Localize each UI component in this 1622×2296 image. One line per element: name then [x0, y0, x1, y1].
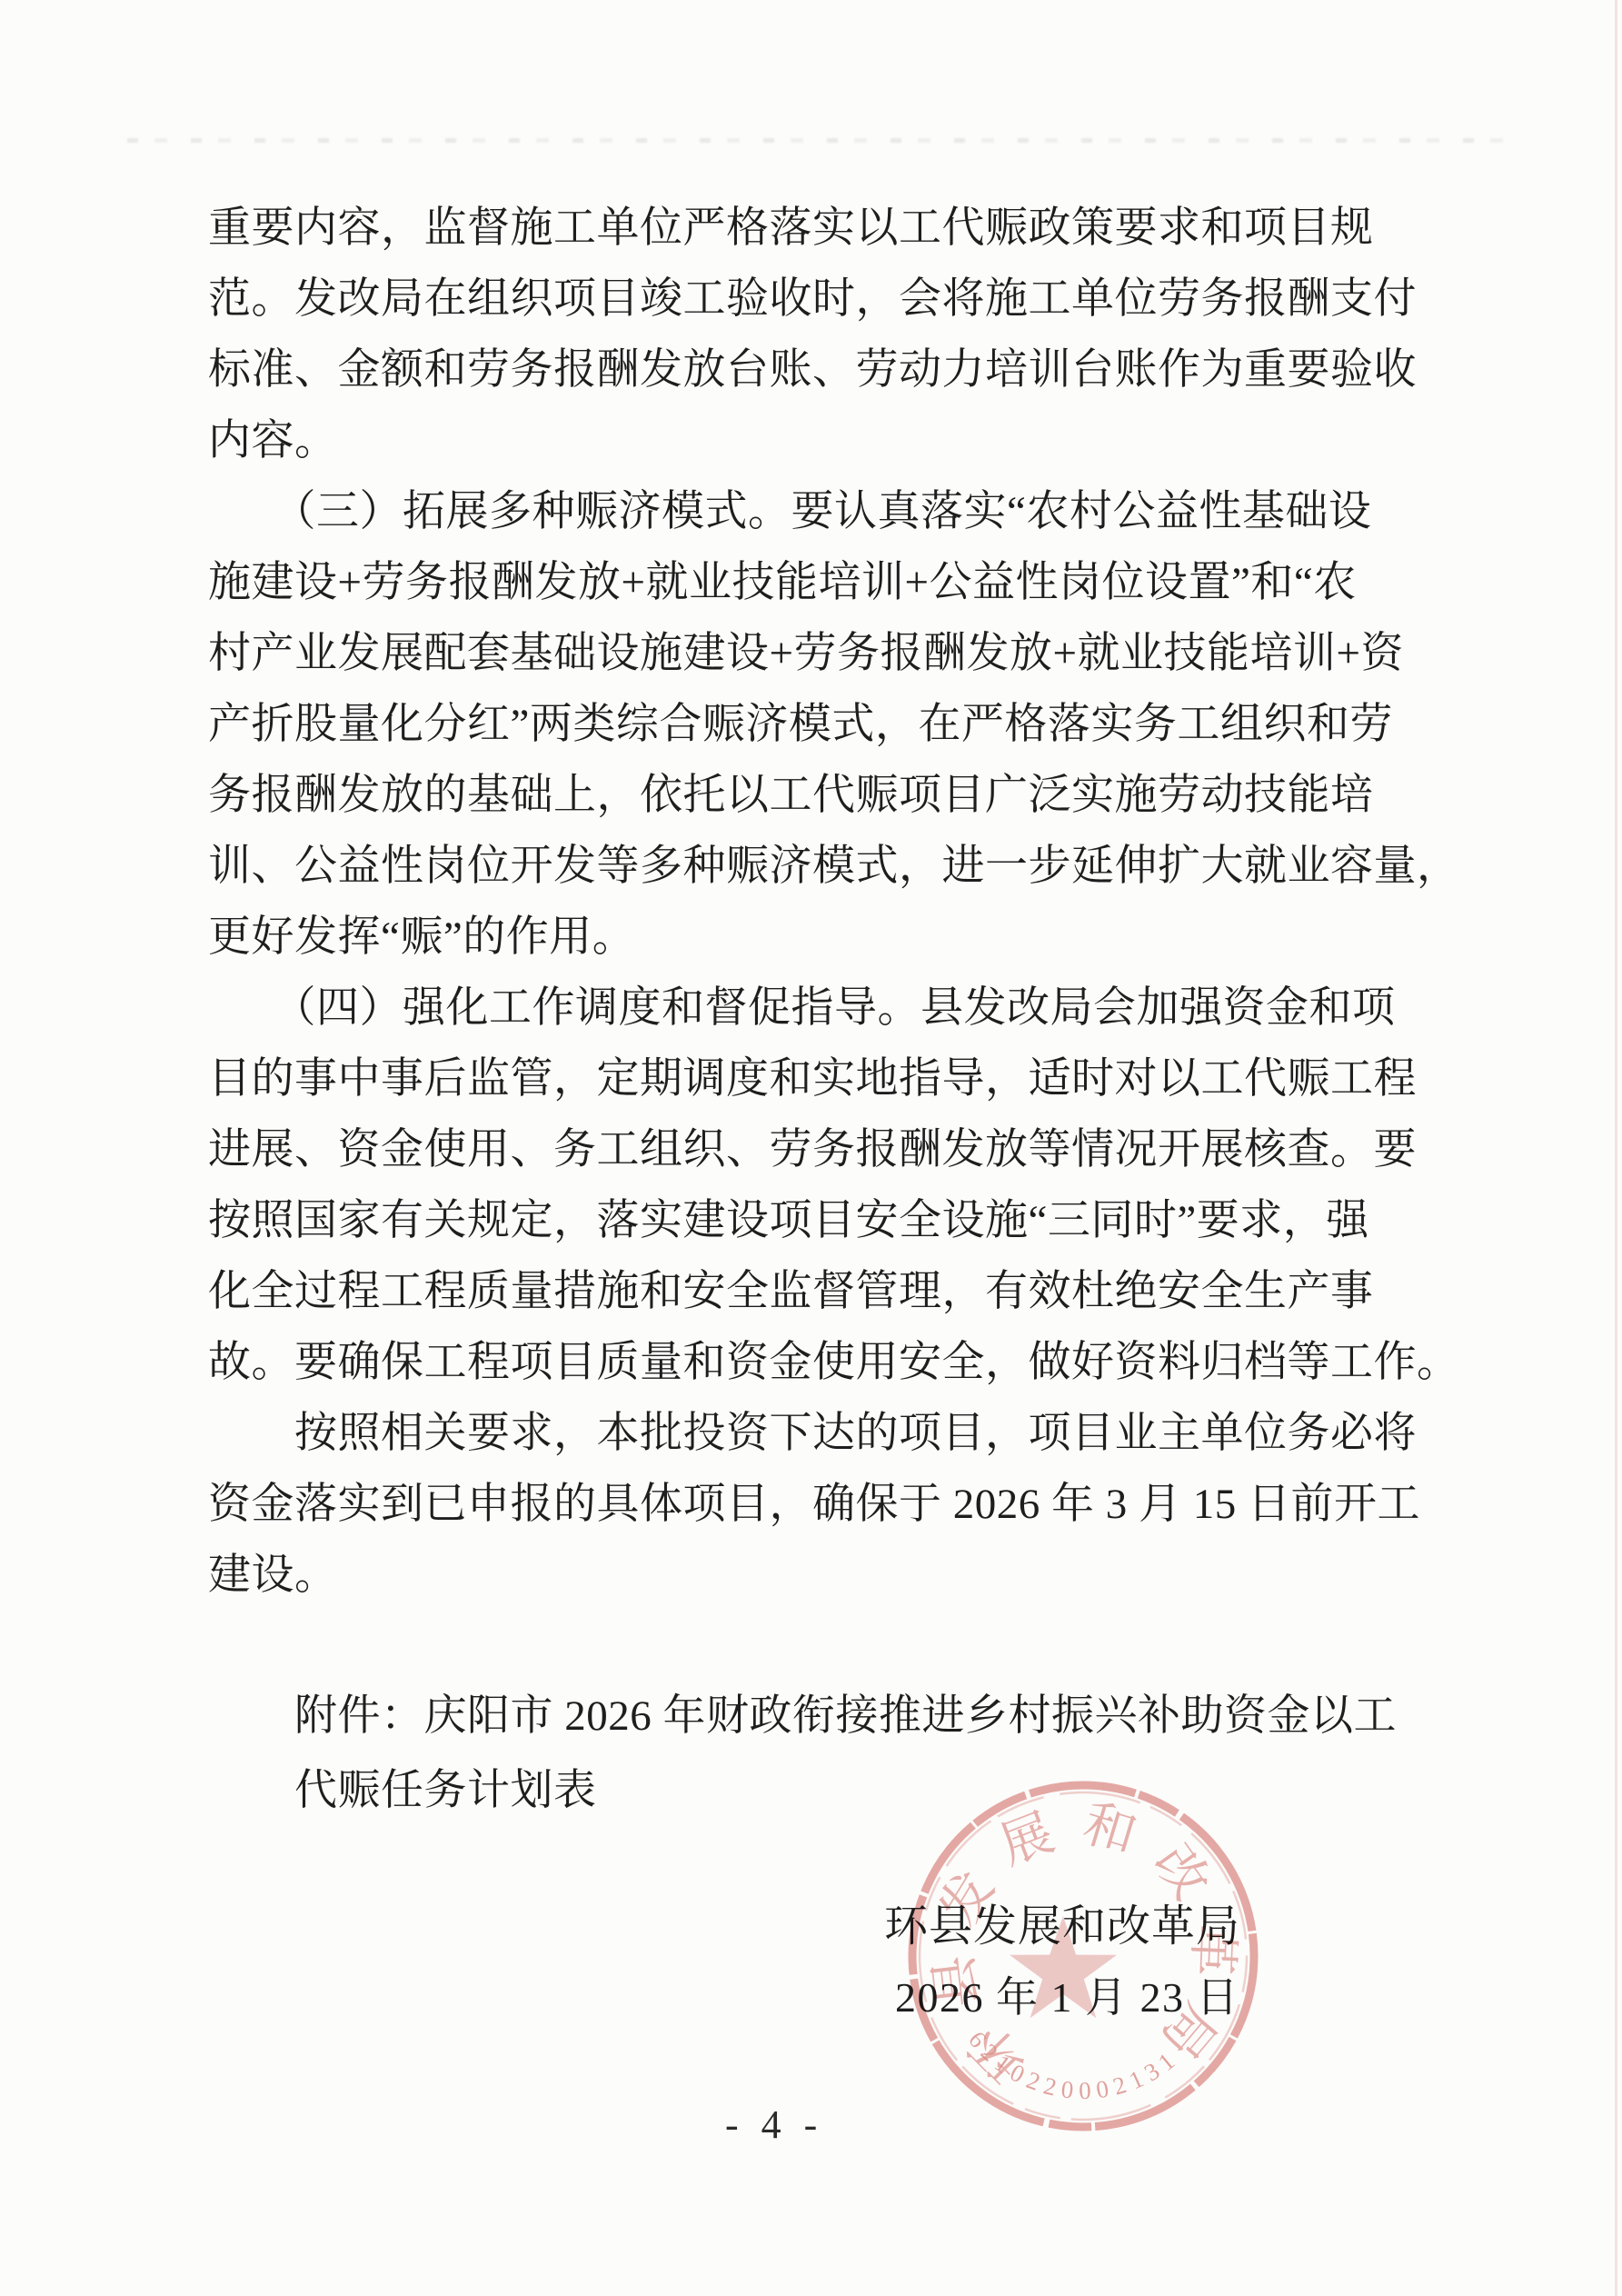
- seal-code-text: 6210220002131: [963, 2026, 1185, 2104]
- body-line: 训、公益性岗位开发等多种赈济模式，进一步延伸扩大就业容量，: [208, 831, 1426, 902]
- body-text: 重要内容，监督施工单位严格落实以工代赈政策要求和项目规 范。发改局在组织项目竣工…: [208, 193, 1426, 1611]
- body-line: 进展、资金使用、务工组织、劳务报酬发放等情况开展核查。要: [208, 1114, 1426, 1185]
- signature-agency: 环县发展和改革局: [884, 1902, 1240, 1952]
- body-line: 资金落实到已申报的具体项目，确保于 2026 年 3 月 15 日前开工: [208, 1469, 1426, 1540]
- body-line: 化全过程工程质量措施和安全监督管理，有效杜绝安全生产事: [208, 1256, 1426, 1327]
- body-line: 目的事中事后监管，定期调度和实地指导，适时对以工代赈工程: [208, 1043, 1426, 1114]
- body-line: 建设。: [208, 1540, 1426, 1611]
- page-number: - 4 -: [725, 2101, 823, 2148]
- attachment-line: 附件：庆阳市 2026 年财政衔接推进乡村振兴补助资金以工: [208, 1679, 1426, 1753]
- body-line: 更好发挥“赈”的作用。: [208, 902, 1426, 973]
- body-line: 故。要确保工程项目质量和资金使用安全，做好资料归档等工作。: [208, 1327, 1426, 1398]
- signature-date: 2026 年 1 月 23 日: [895, 1972, 1239, 2023]
- attachment-line: 代赈任务计划表: [208, 1753, 1426, 1828]
- document-page: 重要内容，监督施工单位严格落实以工代赈政策要求和项目规 范。发改局在组织项目竣工…: [0, 0, 1622, 2296]
- scan-edge-artifact: [1615, 0, 1617, 2296]
- body-line: （四）强化工作调度和督促指导。县发改局会加强资金和项: [208, 973, 1426, 1043]
- body-line: 标准、金额和劳务报酬发放台账、劳动力培训台账作为重要验收: [208, 334, 1426, 405]
- seal-ring: [912, 1785, 1254, 2127]
- body-line: 村产业发展配套基础设施建设+劳务报酬发放+就业技能培训+资: [208, 618, 1426, 689]
- body-line: 重要内容，监督施工单位严格落实以工代赈政策要求和项目规: [208, 193, 1426, 264]
- body-line: （三）拓展多种赈济模式。要认真落实“农村公益性基础设: [208, 476, 1426, 547]
- official-seal: 环县发展和改革局 6210220002131: [901, 1774, 1265, 2138]
- body-line: 范。发改局在组织项目竣工验收时，会将施工单位劳务报酬支付: [208, 264, 1426, 334]
- body-line: 按照国家有关规定，落实建设项目安全设施“三同时”要求，强: [208, 1185, 1426, 1256]
- scan-artifact: [127, 138, 1508, 143]
- body-line: 按照相关要求，本批投资下达的项目，项目业主单位务必将: [208, 1398, 1426, 1469]
- attachment-note: 附件：庆阳市 2026 年财政衔接推进乡村振兴补助资金以工 代赈任务计划表: [208, 1679, 1426, 1828]
- body-line: 务报酬发放的基础上，依托以工代赈项目广泛实施劳动技能培: [208, 760, 1426, 831]
- body-line: 施建设+劳务报酬发放+就业技能培训+公益性岗位设置”和“农: [208, 547, 1426, 618]
- body-line: 内容。: [208, 405, 1426, 476]
- body-line: 产折股量化分红”两类综合赈济模式，在严格落实务工组织和劳: [208, 689, 1426, 760]
